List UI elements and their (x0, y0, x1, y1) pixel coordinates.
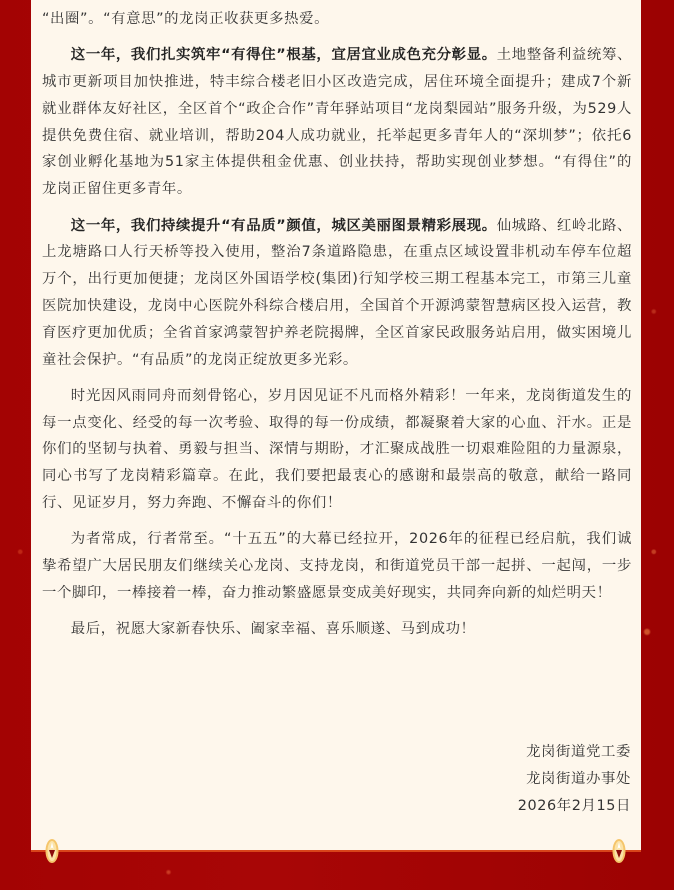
paragraph-3: 这一年，我们持续提升“有品质”颜值，城区美丽图景精彩展现。仙城路、红岭北路、上龙… (42, 213, 632, 374)
paragraph-1-text: “出圈”。“有意思”的龙岗正收获更多热爱。 (42, 11, 329, 27)
paragraph-3-lead: 这一年，我们持续提升“有品质”颜值，城区美丽图景精彩展现。 (71, 218, 497, 234)
signature-date: 2026年2月15日 (518, 793, 631, 820)
paragraph-5: 为者常成，行者常至。“十五五”的大幕已经拉开，2026年的征程已经启航，我们诚挚… (42, 526, 632, 606)
paragraph-5-text: 为者常成，行者常至。“十五五”的大幕已经拉开，2026年的征程已经启航，我们诚挚… (42, 531, 632, 601)
paragraph-3-text: 仙城路、红岭北路、上龙塘路口人行天桥等投入使用，整治7条道路隐患，在重点区域设置… (42, 218, 632, 368)
paragraph-2: 这一年，我们扎实筑牢“有得住”根基，宜居宜业成色充分彰显。土地整备利益统筹、城市… (42, 42, 632, 203)
gold-ornament-right-icon (612, 838, 626, 864)
signature-office: 龙岗街道办事处 (518, 766, 631, 793)
paragraph-4-text: 时光因风雨同舟而刻骨铭心，岁月因见证不凡而格外精彩！一年来，龙岗街道发生的每一点… (42, 388, 632, 511)
paragraph-2-text: 土地整备利益统筹、城市更新项目加快推进，特丰综合楼老旧小区改造完成，居住环境全面… (42, 47, 632, 197)
paragraph-6: 最后，祝愿大家新春快乐、阖家幸福、喜乐顺遂、马到成功！ (42, 616, 632, 643)
signature-party-committee: 龙岗街道党工委 (518, 739, 631, 766)
paragraph-6-text: 最后，祝愿大家新春快乐、阖家幸福、喜乐顺遂、马到成功！ (71, 621, 476, 637)
letter-body: “出圈”。“有意思”的龙岗正收获更多热爱。 这一年，我们扎实筑牢“有得住”根基，… (42, 6, 632, 653)
signature-block: 龙岗街道党工委 龙岗街道办事处 2026年2月15日 (518, 739, 631, 820)
paragraph-1: “出圈”。“有意思”的龙岗正收获更多热爱。 (42, 6, 632, 33)
paragraph-4: 时光因风雨同舟而刻骨铭心，岁月因见证不凡而格外精彩！一年来，龙岗街道发生的每一点… (42, 383, 632, 517)
paragraph-2-lead: 这一年，我们扎实筑牢“有得住”根基，宜居宜业成色充分彰显。 (71, 47, 497, 63)
gold-ornament-left-icon (45, 838, 59, 864)
